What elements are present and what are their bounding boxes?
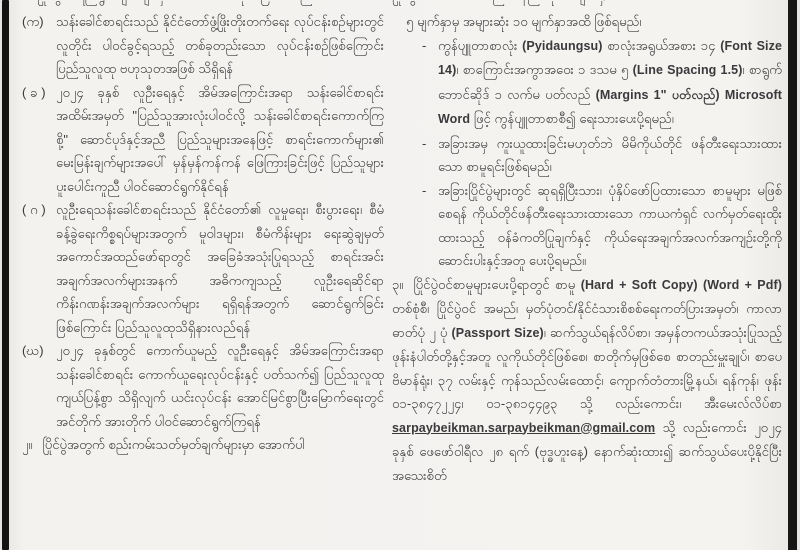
list-item-label: (က): [22, 10, 44, 34]
text-run: ၊ စာကြောင်းအကွာအဝေး ၁ ဒသမ ၅: [456, 62, 632, 77]
bullet-item: -အခြားပြိုင်ပွဲများတွင် ဆုရရှိပြီးသား၊ ပ…: [422, 179, 782, 273]
right-text-column: ပြိုင်ပွဲဝင်ဆောင်းပါးသည် အနည်းဆုံး စာမျက…: [392, 0, 782, 487]
list-item-label: (ဃ): [22, 339, 44, 363]
text-run: လူဦးရေသန်းခေါင်စာရင်းသည် နိုင်ငံတော်၏ လူ…: [56, 202, 384, 335]
text-run: ၂၀၂၄ ခုနှစ် လူဦးရေနှင့် အိမ်အကြောင်းအရာ …: [56, 85, 384, 194]
text-run: ကွန်ပျူတာစာလုံး: [438, 38, 522, 53]
list-item: (က)သန်းခေါင်စာရင်းသည် နိုင်ငံတော်ဖွံ့ဖြိ…: [22, 10, 384, 81]
objectives-list: (က)သန်းခေါင်စာရင်းသည် နိုင်ငံတော်ဖွံ့ဖြိ…: [22, 10, 384, 457]
left-text-column: ၁။ ပြိုင်ပွဲ၏ ရည်ရွယ်ချက်များမှာ အောက်ပါ…: [22, 0, 384, 457]
bullet-dash-marker: -: [422, 34, 426, 58]
bullet-dash-marker: -: [422, 132, 426, 156]
list-item-label: ( ဂ ): [22, 198, 46, 222]
text-run: (Line Spacing 1.5): [633, 63, 743, 77]
list-item-label: ၃။: [392, 277, 403, 292]
bullet-item: -အခြားအမှ ကူးယူထားခြင်းမဟုတ်ဘဲ မိမိကိုယ်…: [422, 132, 782, 179]
submission-paragraph: ၃။ပြိုင်ပွဲဝင်စာမူများပေးပို့ရာတွင် စာမူ…: [392, 273, 782, 488]
text-run: အခြားအမှ ကူးယူထားခြင်းမဟုတ်ဘဲ မိမိကိုယ်တ…: [438, 136, 782, 175]
list-item: ( ခ )၂၀၂၄ ခုနှစ် လူဦးရေနှင့် အိမ်အကြောင်…: [22, 81, 384, 199]
text-run: စာလုံးအရွယ်အစား ၁၄: [603, 38, 721, 53]
page-left-edge-bar: [2, 0, 9, 550]
clipped-text-fragment: ၁။ ပြိုင်ပွဲ၏ ရည်ရွယ်ချက်များမှာ အောက်ပါ…: [22, 0, 384, 8]
text-run: (Passport Size): [452, 326, 544, 340]
page-right-edge-bar: [788, 0, 797, 550]
text-run: ပြိုင်ပွဲအတွက် စည်းကမ်းသတ်မှတ်ချက်များမှ…: [43, 437, 305, 452]
list-item: ၂။ပြိုင်ပွဲအတွက် စည်းကမ်းသတ်မှတ်ချက်များ…: [22, 433, 384, 457]
text-run: ၂၀၂၄ ခုနှစ်တွင် ကောက်ယူမည့် လူဦးရေနှင့် …: [56, 343, 384, 429]
scanned-document-page: ၁။ ပြိုင်ပွဲ၏ ရည်ရွယ်ချက်များမှာ အောက်ပါ…: [0, 0, 800, 550]
list-item-label: ၂။: [22, 437, 33, 452]
list-item-label: ( ခ ): [22, 81, 46, 105]
text-run: (Pyidaungsu): [522, 39, 602, 53]
list-item: ( ဂ )လူဦးရေသန်းခေါင်စာရင်းသည် နိုင်ငံတော…: [22, 198, 384, 339]
clipped-top-line-right: ပြိုင်ပွဲဝင်ဆောင်းပါးသည် အနည်းဆုံး စာမျက…: [392, 0, 782, 10]
text-run: ပြိုင်ပွဲဝင်စာမူများပေးပို့ရာတွင် စာမူ: [413, 277, 580, 292]
list-item: ၃။ပြိုင်ပွဲဝင်စာမူများပေးပို့ရာတွင် စာမူ…: [392, 273, 782, 488]
clipped-top-line-left: ၁။ ပြိုင်ပွဲ၏ ရည်ရွယ်ချက်များမှာ အောက်ပါ…: [22, 0, 384, 10]
text-run: သန်းခေါင်စာရင်းသည် နိုင်ငံတော်ဖွံ့ဖြိုးတ…: [56, 14, 384, 76]
text-run: (Margins 1" ပတ်လည်): [596, 88, 720, 102]
text-run: ဖြင့် ကွန်ပျူတာစာစီ၍ ရေးသားပေးပို့ရမည်၊: [470, 111, 674, 126]
rules-bullet-list: -ကွန်ပျူတာစာလုံး (Pyidaungsu) စာလုံးအရွယ…: [422, 34, 782, 273]
bullet-item: -ကွန်ပျူတာစာလုံး (Pyidaungsu) စာလုံးအရွယ…: [422, 34, 782, 132]
text-run: အခြားပြိုင်ပွဲများတွင် ဆုရရှိပြီးသား၊ ပု…: [438, 183, 782, 269]
bullet-dash-marker: -: [422, 179, 426, 203]
list-item: (ဃ)၂၀၂၄ ခုနှစ်တွင် ကောက်ယူမည့် လူဦးရေနှင…: [22, 339, 384, 433]
rule-continuation-line: ၅ မျက်နှာမှ အများဆုံး ၁၀ မျက်နှာအထိ ဖြစ်…: [406, 10, 782, 34]
email-address: sarpaybeikman.sarpaybeikman@gmail.com: [392, 421, 655, 435]
text-run: (Hard + Soft Copy) (Word + Pdf): [581, 278, 782, 292]
clipped-text-fragment: ပြိုင်ပွဲဝင်ဆောင်းပါးသည် အနည်းဆုံး စာမျက…: [392, 0, 782, 8]
